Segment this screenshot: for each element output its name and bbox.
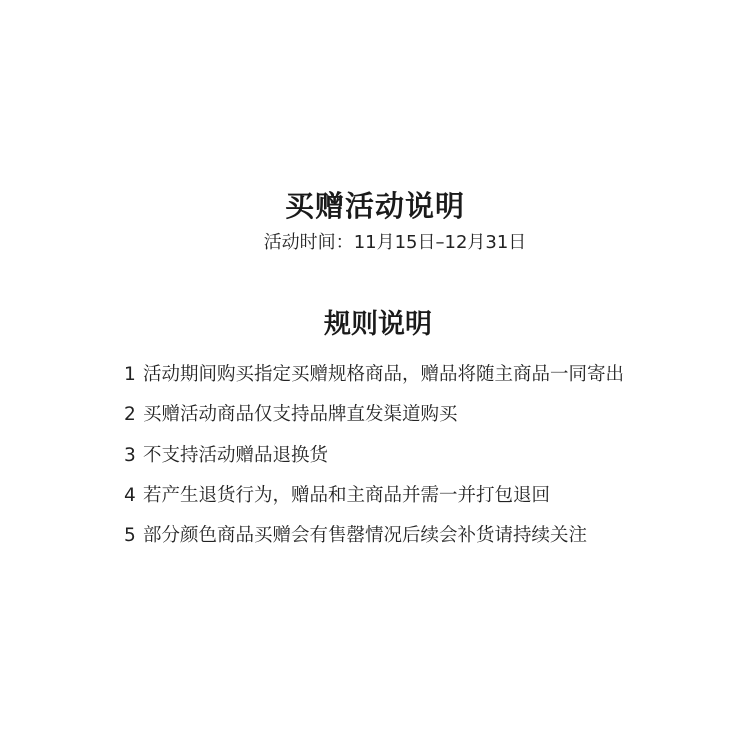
rule-number: 2: [124, 401, 143, 429]
rules-section-title: 规则说明: [0, 305, 750, 345]
rule-item: 3不支持活动赠品退换货: [124, 442, 624, 470]
rule-text: 买赠活动商品仅支持品牌直发渠道购买: [143, 404, 458, 425]
rule-item: 2买赠活动商品仅支持品牌直发渠道购买: [124, 401, 624, 429]
page-title: 买赠活动说明: [0, 186, 750, 226]
rule-text: 若产生退货行为，赠品和主商品并需一并打包退回: [143, 485, 550, 506]
activity-period-label: 活动时间：: [264, 232, 354, 253]
rule-text: 活动期间购买指定买赠规格商品，赠品将随主商品一同寄出: [143, 364, 624, 385]
activity-period-value: 11月15日–12月31日: [354, 232, 527, 253]
rule-text: 不支持活动赠品退换货: [143, 445, 328, 466]
rule-item: 4若产生退货行为，赠品和主商品并需一并打包退回: [124, 482, 624, 510]
rule-text: 部分颜色商品买赠会有售罄情况后续会补货请持续关注: [143, 525, 587, 546]
rules-list: 1活动期间购买指定买赠规格商品，赠品将随主商品一同寄出 2买赠活动商品仅支持品牌…: [124, 361, 624, 562]
rule-item: 5部分颜色商品买赠会有售罄情况后续会补货请持续关注: [124, 522, 624, 550]
rule-number: 5: [124, 522, 143, 550]
rule-number: 4: [124, 482, 143, 510]
rule-number: 1: [124, 361, 143, 389]
rule-number: 3: [124, 442, 143, 470]
activity-period: 活动时间：11月15日–12月31日: [0, 230, 750, 256]
rule-item: 1活动期间购买指定买赠规格商品，赠品将随主商品一同寄出: [124, 361, 624, 389]
